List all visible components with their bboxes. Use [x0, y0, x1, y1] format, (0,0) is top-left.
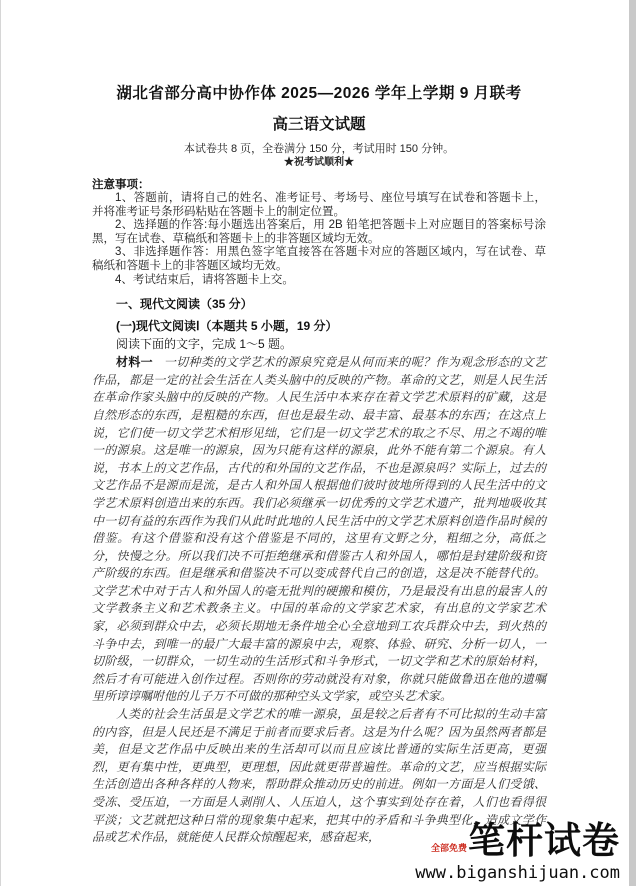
notice-item-1: 1、答题前，请将自己的姓名、准考证号、考场号、座位号填写在试卷和答题卡上，并将准… — [92, 192, 546, 219]
notice-item-4: 4、考试结束后，请将答题卡上交。 — [92, 274, 546, 288]
notice-block: 注意事项： 1、答题前，请将自己的姓名、准考证号、考场号、座位号填写在试卷和答题… — [92, 178, 546, 287]
notice-item-3: 3、非选择题作答：用黑色签字笔直接答在答题卡对应的答题区域内，写在试卷、草稿纸和… — [92, 246, 546, 273]
watermark: 全部免费笔杆试卷 www.biganshijuan.com — [415, 824, 620, 882]
watermark-tagline: 全部免费 — [431, 843, 467, 853]
exam-wish-line: ★祝考试顺利★ — [92, 156, 546, 169]
watermark-brand-row: 全部免费笔杆试卷 — [415, 824, 620, 866]
passage-paragraph-1: 材料一一切种类的文学艺术的源泉究竟是从何而来的呢？作为观念形态的文艺作品，都是一… — [92, 354, 546, 706]
document-page: 湖北省部分高中协作体 2025—2026 学年上学期 9 月联考 高三语文试题 … — [0, 0, 636, 886]
section-subpart-title: (一)现代文阅读Ⅰ（本题共 5 小题，19 分） — [92, 318, 546, 335]
exam-info-line: 本试卷共 8 页，全卷满分 150 分，考试用时 150 分钟。 — [92, 142, 546, 156]
section-instruction: 阅读下面的文字，完成 1～5 题。 — [92, 336, 546, 353]
exam-subtitle: 高三语文试题 — [92, 115, 546, 134]
material-one-label: 材料一 — [116, 355, 153, 369]
exam-title: 湖北省部分高中协作体 2025—2026 学年上学期 9 月联考 — [92, 84, 546, 103]
notice-heading: 注意事项： — [92, 178, 546, 192]
exam-paper-content: 湖北省部分高中协作体 2025—2026 学年上学期 9 月联考 高三语文试题 … — [92, 84, 546, 847]
scrollbar[interactable] — [629, 0, 636, 886]
watermark-brand: 笔杆试卷 — [468, 820, 620, 861]
watermark-url: www.biganshijuan.com — [415, 864, 620, 882]
passage-paragraph-1-text: 一切种类的文学艺术的源泉究竟是从何而来的呢？作为观念形态的文艺作品，都是一定的社… — [92, 355, 546, 703]
notice-item-2: 2、选择题的作答:每小题选出答案后，用 2B 铅笔把答题卡上对应题目的答案标号涂… — [92, 219, 546, 246]
reading-passage: 材料一一切种类的文学艺术的源泉究竟是从何而来的呢？作为观念形态的文艺作品，都是一… — [92, 354, 546, 847]
section-block: 一、现代文阅读（35 分） (一)现代文阅读Ⅰ（本题共 5 小题，19 分） 阅… — [92, 296, 546, 353]
section-part-title: 一、现代文阅读（35 分） — [92, 296, 546, 313]
